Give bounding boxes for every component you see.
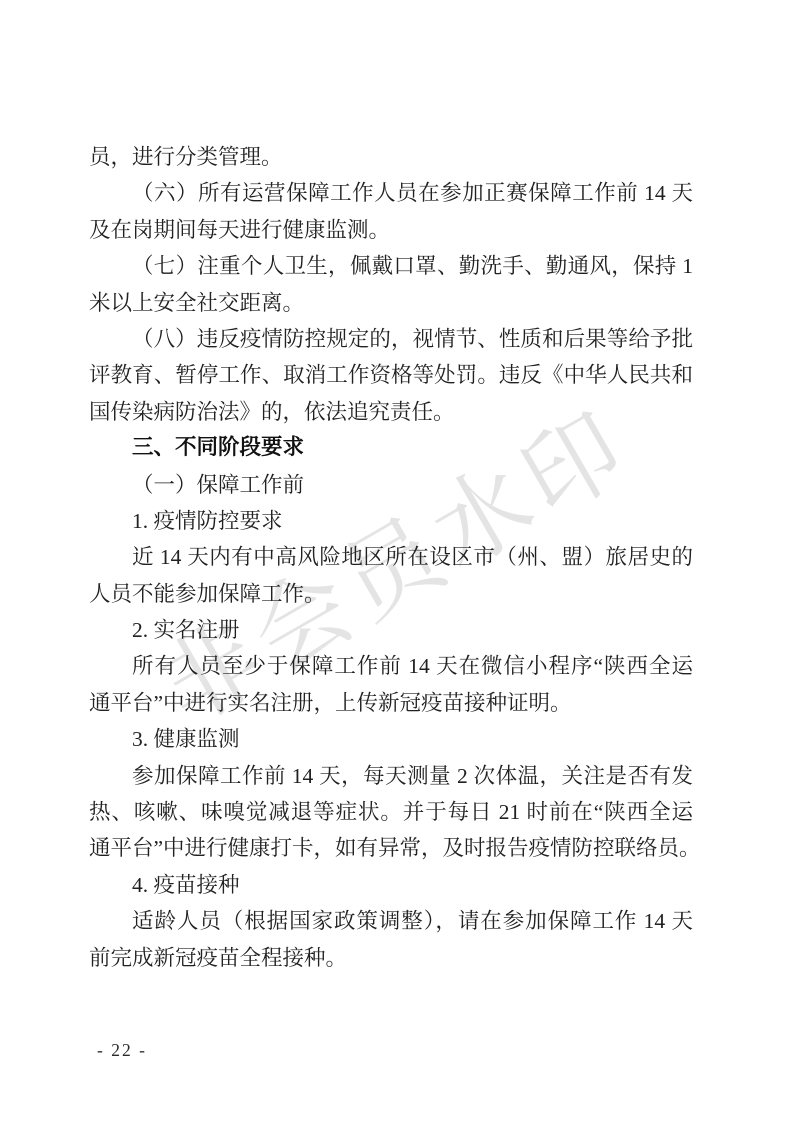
text-line: 参加保障工作前 14 天，每天测量 2 次体温，关注是否有发 <box>89 758 693 794</box>
text-line: 所有人员至少于保障工作前 14 天在微信小程序“陕西全运 <box>89 648 693 684</box>
subsection-heading: （一）保障工作前 <box>89 467 693 503</box>
text-line: 及在岗期间每天进行健康监测。 <box>89 212 693 248</box>
text-line: 人员不能参加保障工作。 <box>89 576 693 612</box>
text-line: 通平台”中进行健康打卡，如有异常，及时报告疫情防控联络员。 <box>89 830 693 866</box>
numbered-heading: 3. 健康监测 <box>89 721 693 757</box>
text-line: 米以上安全社交距离。 <box>89 285 693 321</box>
text-line: 近 14 天内有中高风险地区所在设区市（州、盟）旅居史的 <box>89 539 693 575</box>
numbered-heading: 1. 疫情防控要求 <box>89 503 693 539</box>
text-line: （七）注重个人卫生，佩戴口罩、勤洗手、勤通风，保持 1 <box>89 248 693 284</box>
text-line: （八）违反疫情防控规定的，视情节、性质和后果等给予批 <box>89 321 693 357</box>
document-body: 员，进行分类管理。 （六）所有运营保障工作人员在参加正赛保障工作前 14 天 及… <box>89 139 693 976</box>
section-heading: 三、不同阶段要求 <box>89 430 693 466</box>
document-page: 非会员水印 员，进行分类管理。 （六）所有运营保障工作人员在参加正赛保障工作前 … <box>0 0 793 1122</box>
page-number: - 22 - <box>97 1040 147 1061</box>
text-line: 评教育、暂停工作、取消工作资格等处罚。违反《中华人民共和 <box>89 357 693 393</box>
text-line: 通平台”中进行实名注册，上传新冠疫苗接种证明。 <box>89 685 693 721</box>
text-line: 适龄人员（根据国家政策调整），请在参加保障工作 14 天 <box>89 903 693 939</box>
numbered-heading: 2. 实名注册 <box>89 612 693 648</box>
text-line: （六）所有运营保障工作人员在参加正赛保障工作前 14 天 <box>89 175 693 211</box>
text-line: 员，进行分类管理。 <box>89 139 693 175</box>
text-line: 热、咳嗽、味嗅觉减退等症状。并于每日 21 时前在“陕西全运 <box>89 794 693 830</box>
text-line: 前完成新冠疫苗全程接种。 <box>89 940 693 976</box>
numbered-heading: 4. 疫苗接种 <box>89 867 693 903</box>
text-line: 国传染病防治法》的，依法追究责任。 <box>89 394 693 430</box>
